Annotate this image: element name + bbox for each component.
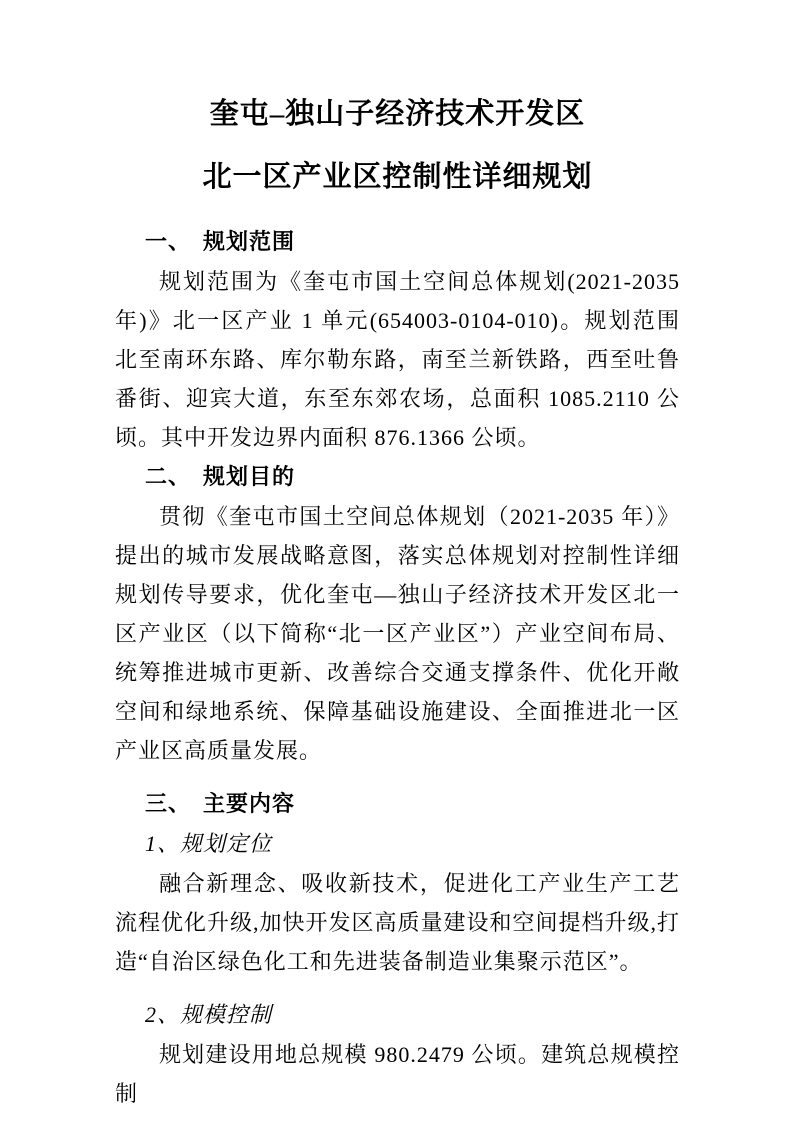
document-title-line-1: 奎屯–独山子经济技术开发区 (115, 96, 680, 132)
section-planning-purpose: 二、 规划目的 贯彻《奎屯市国土空间总体规划（2021-2035 年）》提出的城… (115, 457, 680, 770)
subsection-1-paragraph: 融合新理念、吸收新技术，促进化工产业生产工艺流程优化升级,加快开发区高质量建设和… (115, 864, 680, 981)
section-2-heading: 二、 规划目的 (115, 457, 680, 497)
document-page: 奎屯–独山子经济技术开发区 北一区产业区控制性详细规划 一、 规划范围 规划范围… (0, 0, 793, 1122)
section-1-heading: 一、 规划范围 (115, 222, 680, 262)
document-title-line-2: 北一区产业区控制性详细规划 (115, 159, 680, 195)
section-3-heading: 三、 主要内容 (115, 784, 680, 824)
subsection-planning-positioning: 1、规划定位 融合新理念、吸收新技术，促进化工产业生产工艺流程优化升级,加快开发… (115, 824, 680, 981)
section-planning-scope: 一、 规划范围 规划范围为《奎屯市国土空间总体规划(2021-2035 年)》北… (115, 222, 680, 457)
section-2-paragraph: 贯彻《奎屯市国土空间总体规划（2021-2035 年）》提出的城市发展战略意图，… (115, 497, 680, 770)
subsection-2-heading: 2、规模控制 (115, 995, 680, 1035)
subsection-scale-control: 2、规模控制 规划建设用地总规模 980.2479 公顷。建筑总规模控制 (115, 995, 680, 1113)
section-main-content: 三、 主要内容 1、规划定位 融合新理念、吸收新技术，促进化工产业生产工艺流程优… (115, 784, 680, 1113)
subsection-1-heading: 1、规划定位 (115, 824, 680, 864)
section-1-paragraph: 规划范围为《奎屯市国土空间总体规划(2021-2035 年)》北一区产业 1 单… (115, 262, 680, 457)
document-title-block: 奎屯–独山子经济技术开发区 北一区产业区控制性详细规划 (115, 96, 680, 195)
subsection-2-paragraph: 规划建设用地总规模 980.2479 公顷。建筑总规模控制 (115, 1035, 680, 1113)
